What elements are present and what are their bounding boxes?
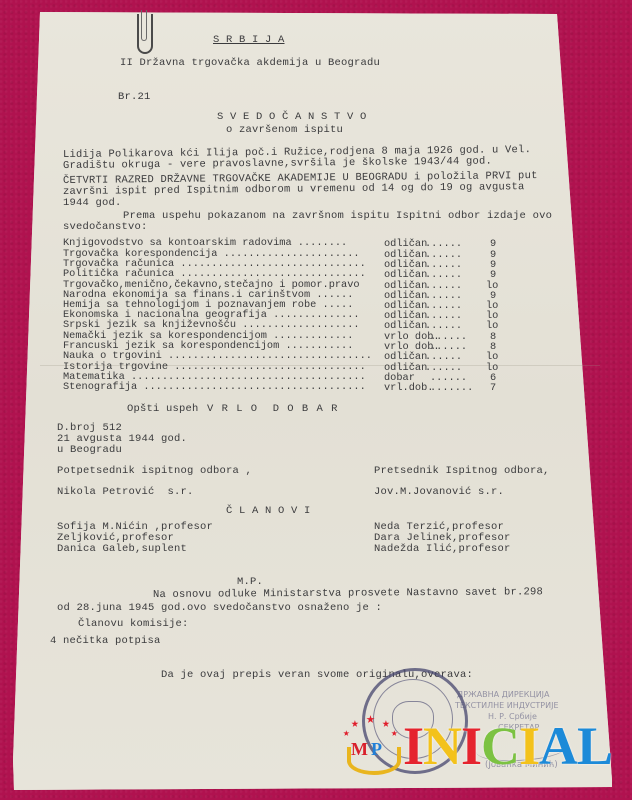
logo-letter: L [577,716,612,776]
member-item: Danica Galeb,suplent [57,544,187,555]
signatures-note: 4 nečitka potpisa [50,636,161,647]
seal-mark: M.P. [237,577,263,588]
grade-dots: ....... [430,382,473,394]
grade-subject: Srpski jezik sa književnošću ...........… [63,320,360,330]
document-number: Br.21 [118,92,151,103]
member-item: Nadežda Ilić,profesor [374,544,511,555]
overall-label: Opšti uspeh [127,404,199,415]
document-title: S V E D O Č A N S T V O [217,112,367,123]
members-heading: Č L A N O V I [226,506,311,517]
statement-line-2: svedočanstvo: [63,222,148,233]
statement-line-1: Prema uspehu pokazanom na završnom ispit… [123,211,552,222]
logo-letter: A [539,716,577,776]
vice-president-title: Potpetsednik ispitnog odbora , [57,466,252,477]
grade-label: vrl.dob. [384,382,433,394]
logo-letter: I [403,716,423,776]
intro-line-5: 1944 god. [63,198,122,209]
inicial-watermark-logo: ★ ★ ★ ★ ★ M P INICIAL [343,717,608,777]
overall-value: V R L O D O B A R [207,404,338,415]
logo-letter: N [423,716,461,776]
grade-subject: Politička računica .....................… [63,269,366,279]
president-name: Jov.M.Jovanović s.r. [374,487,504,498]
president-title: Pretsednik Ispitnog odbora, [374,466,550,477]
document-subtitle: o završenom ispitu [226,125,343,136]
commission-label: Članovu komisije: [78,619,189,630]
stamp-line: ТЕКСТИЛНЕ ИНДУСТРИЈЕ [455,701,559,710]
logo-letter: I [519,716,539,776]
validation-line-2: od 28.juna 1945 god.ovo svedočanstvo osn… [57,603,382,614]
logo-letter: C [481,716,519,776]
star-icon: ★ [391,728,398,741]
stamp-line: ДРЖАВНА ДИРЕКЦИЈА [457,690,550,699]
grade-subject: Stenografija ...........................… [63,382,366,392]
country-header: S R B I J A [213,35,285,46]
star-icon: ★ [343,728,350,741]
grade-score: 7 [490,382,496,394]
star-icon: ★ [351,717,359,730]
paperclip-icon [137,14,153,54]
issue-place: u Beogradu [57,445,122,456]
star-icon: ★ [382,717,390,730]
grade-subject: Knjigovodstvo sa kontoarskim radovima ..… [63,238,347,248]
vice-president-name: Nikola Petrović s.r. [57,487,194,498]
grade-subject: Nauka o trgovini .......................… [63,351,372,361]
logo-wordmark: INICIAL [403,717,612,775]
institution-name: II Državna trgovačka akdemija u Beogradu [120,58,380,69]
star-icon: ★ [366,713,375,726]
mp-badge: ★ ★ ★ ★ ★ M P [343,717,399,775]
logo-letter: I [461,716,481,776]
badge-letter-p: P [371,739,382,760]
badge-letter-m: M [351,739,368,760]
